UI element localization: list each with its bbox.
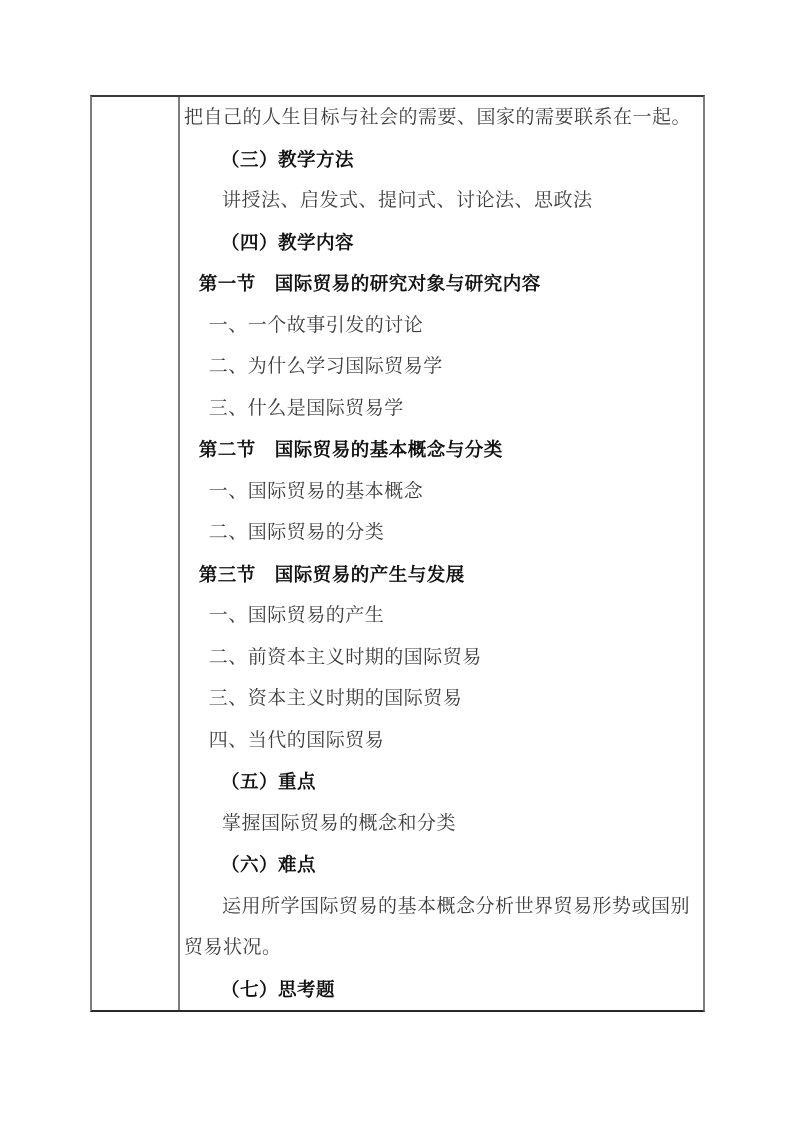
content-line: 第三节 国际贸易的产生与发展	[184, 554, 699, 596]
lesson-content-cell: 把自己的人生目标与社会的需要、国家的需要联系在一起。（三）教学方法讲授法、启发式…	[180, 97, 703, 1010]
content-line: 一、一个故事引发的讨论	[184, 305, 699, 347]
content-line: （六）难点	[184, 844, 699, 886]
content-line: 第二节 国际贸易的基本概念与分类	[184, 429, 699, 471]
content-line: 掌握国际贸易的概念和分类	[184, 803, 699, 845]
row-label-cell	[92, 97, 180, 1010]
content-line: 三、资本主义时期的国际贸易	[184, 678, 699, 720]
content-line: 二、前资本主义时期的国际贸易	[184, 637, 699, 679]
content-line: 运用所学国际贸易的基本概念分析世界贸易形势或国别贸易状况。	[184, 886, 699, 969]
content-line: 四、当代的国际贸易	[184, 720, 699, 762]
content-line: 一、国际贸易的产生	[184, 595, 699, 637]
content-line: （五）重点	[184, 761, 699, 803]
content-line: 第一节 国际贸易的研究对象与研究内容	[184, 263, 699, 305]
content-line: 二、国际贸易的分类	[184, 512, 699, 554]
content-line: （四）教学内容	[184, 222, 699, 264]
page: { "document": { "kind": "lesson-plan-tab…	[0, 0, 794, 1123]
document-table: 把自己的人生目标与社会的需要、国家的需要联系在一起。（三）教学方法讲授法、启发式…	[90, 95, 705, 1012]
content-line: 讲授法、启发式、提问式、讨论法、思政法	[184, 180, 699, 222]
content-line: 二、为什么学习国际贸易学	[184, 346, 699, 388]
content-line: 三、什么是国际贸易学	[184, 388, 699, 430]
content-line: 一、国际贸易的基本概念	[184, 471, 699, 513]
content-line: 把自己的人生目标与社会的需要、国家的需要联系在一起。	[184, 97, 699, 139]
content-line: （三）教学方法	[184, 139, 699, 181]
content-line: （七）思考题	[184, 969, 699, 1011]
